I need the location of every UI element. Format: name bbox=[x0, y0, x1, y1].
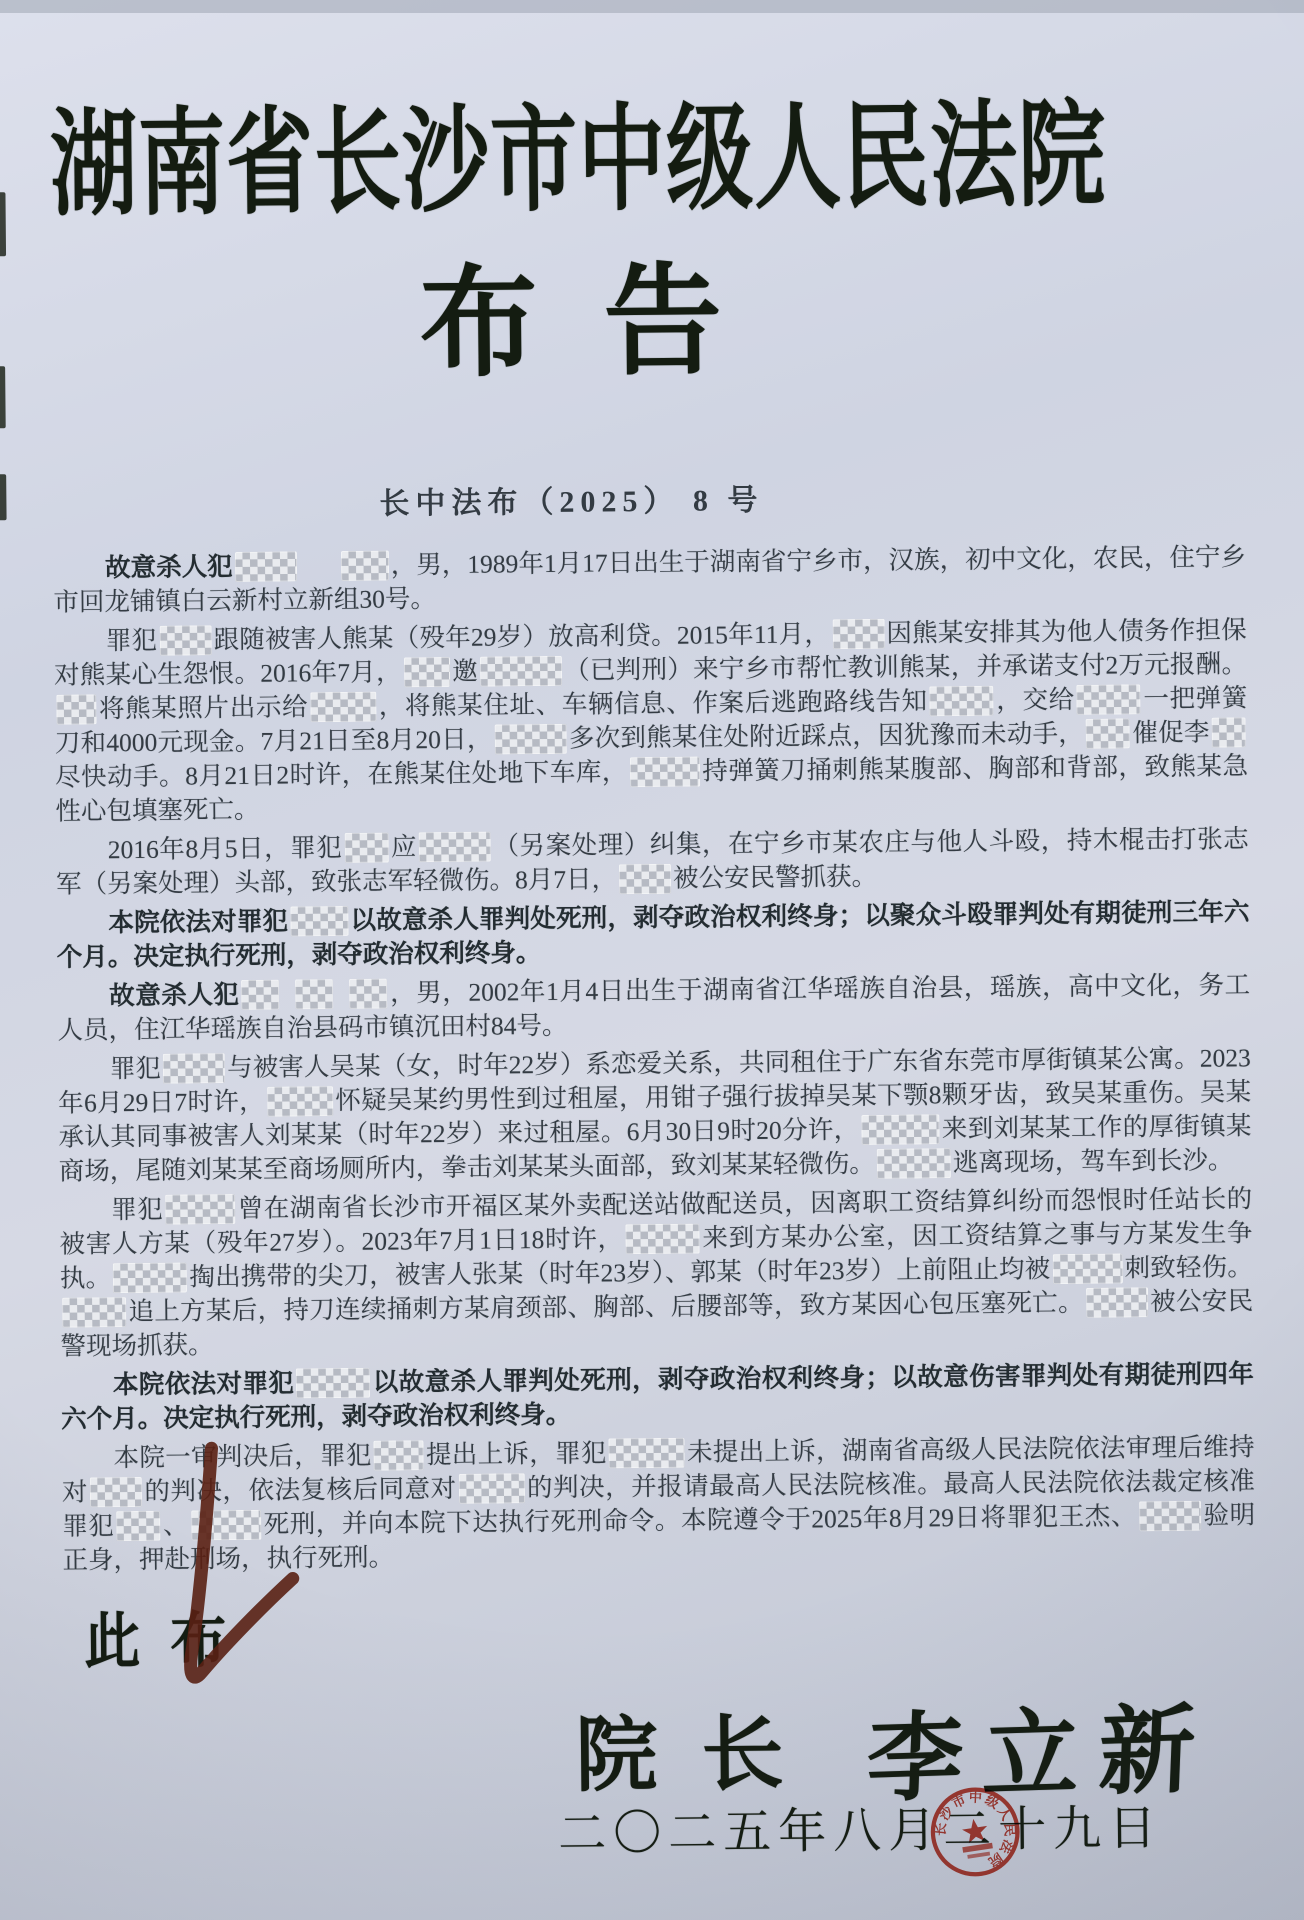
censored-name-mosaic bbox=[419, 832, 491, 863]
censored-name-mosaic bbox=[619, 864, 671, 894]
censored-name-mosaic bbox=[1086, 1287, 1148, 1318]
censored-name-mosaic bbox=[832, 619, 884, 649]
signer-role: 院长 bbox=[575, 1708, 828, 1801]
paragraph: 罪犯跟随被害人熊某（殁年29岁）放高利贷。2015年11月，因熊某安排其为他人债… bbox=[54, 613, 1249, 828]
text-run: 本院依法对罪犯 bbox=[113, 1368, 295, 1399]
censored-name-mosaic bbox=[296, 1368, 370, 1399]
censored-name-mosaic bbox=[290, 906, 348, 937]
photo-edge-artifact bbox=[0, 192, 6, 256]
censored-name-mosaic bbox=[1086, 718, 1130, 748]
censored-name-mosaic bbox=[630, 757, 700, 788]
text-run: 故意杀人犯 bbox=[109, 980, 240, 1010]
censored-name-mosaic bbox=[56, 694, 96, 724]
text-run: 死刑，并向本院下达执行死刑命令。本院遵令于2025年8月29日将罪犯王杰、 bbox=[263, 1501, 1137, 1538]
text-run: 罪犯 bbox=[111, 1195, 163, 1224]
censored-name-mosaic bbox=[267, 1086, 333, 1117]
censored-name-mosaic bbox=[609, 1438, 685, 1469]
censored-name-mosaic bbox=[1212, 717, 1246, 747]
text-run: 罪犯 bbox=[106, 626, 158, 655]
paragraph: 本院依法对罪犯以故意杀人罪判处死刑，剥夺政治权利终身；以故意伤害罪判处有期徒刑四… bbox=[61, 1357, 1255, 1436]
paragraph: 本院依法对罪犯以故意杀人罪判处死刑，剥夺政治权利终身；以聚众斗殴罪判处有期徒刑三… bbox=[56, 895, 1250, 974]
text-run: 故意杀人犯 bbox=[105, 552, 233, 582]
text-run: 本院依法对罪犯 bbox=[108, 906, 288, 937]
censored-name-mosaic bbox=[344, 833, 388, 863]
censored-name-mosaic bbox=[1077, 684, 1141, 715]
censored-name-mosaic bbox=[310, 692, 376, 723]
text-run: 跟随被害人熊某（殁年29岁）放高利贷。2015年11月， bbox=[213, 619, 830, 654]
censored-name-mosaic bbox=[90, 1477, 142, 1507]
document-number: 长中法布（2025） 8 号 bbox=[0, 471, 1146, 526]
court-name-title: 湖南省长沙市中级人民法院 bbox=[49, 62, 1107, 238]
censored-name-mosaic bbox=[163, 1053, 225, 1084]
paragraph: 罪犯与被害人吴某（女，时年22岁）系恋爱关系，共同租住于广东省东莞市厚街镇某公寓… bbox=[58, 1041, 1252, 1188]
seal-star-icon bbox=[961, 1817, 990, 1844]
paragraph: 本院一审判决后，罪犯提出上诉，罪犯未提出上诉，湖南省高级人民法院依法审理后维持对… bbox=[61, 1430, 1255, 1577]
censored-name-mosaic bbox=[295, 979, 333, 1009]
text-run: 、 bbox=[162, 1510, 189, 1539]
paragraph: 罪犯曾在湖南省长沙市开福区某外卖配送站做配送员，因离职工资结算纠纷而怨恨时任站长… bbox=[59, 1182, 1254, 1363]
text-run: 罪犯 bbox=[110, 1054, 161, 1083]
censored-name-mosaic bbox=[241, 980, 279, 1010]
censored-name-mosaic bbox=[861, 1114, 939, 1145]
censored-name-mosaic bbox=[930, 686, 994, 717]
court-seal-stamp: 长沙市中级人民法院 bbox=[922, 1778, 1029, 1885]
notice-body: 故意杀人犯，男，1989年1月17日出生于湖南省宁乡市，汉族，初中文化，农民，住… bbox=[53, 540, 1256, 1582]
photo-top-edge bbox=[0, 0, 1304, 13]
text-run: ，将熊某住址、车辆信息、作案后逃跑路线告知 bbox=[378, 686, 928, 720]
censored-name-mosaic bbox=[404, 657, 450, 687]
censored-name-mosaic bbox=[495, 724, 567, 755]
text-run: 多次到熊某住处附近踩点，因犹豫而未动手， bbox=[569, 719, 1085, 753]
photo-edge-artifact bbox=[0, 474, 7, 520]
text-run: 将熊某照片出示给 bbox=[98, 692, 308, 723]
photo-edge-artifact bbox=[0, 366, 6, 428]
text-run: 2016年8月5日，罪犯 bbox=[108, 833, 343, 864]
issue-date: 二〇二五年八月二十九日 bbox=[558, 1789, 1164, 1864]
censored-name-mosaic bbox=[480, 656, 562, 687]
paragraph: 故意杀人犯，男，2002年1月4日出生于湖南省江华瑶族自治县，瑶族，高中文化，务… bbox=[57, 968, 1251, 1047]
text-run: 邀 bbox=[452, 657, 478, 686]
censored-name-mosaic bbox=[349, 979, 387, 1009]
text-run: 追上方某后，持刀连续捅刺方某肩颈部、胸部、后腰部等，致方某因心包压塞死亡。 bbox=[128, 1288, 1084, 1326]
text-run: 刺致轻伤。 bbox=[1124, 1252, 1253, 1282]
censored-name-mosaic bbox=[235, 551, 297, 582]
mosaic-gap bbox=[282, 1001, 294, 1002]
censored-name-mosaic bbox=[626, 1224, 700, 1255]
text-run: 应 bbox=[390, 832, 417, 861]
censored-name-mosaic bbox=[116, 1511, 160, 1541]
text-run: （已判刑）来宁乡市帮忙教训熊某，并承诺支付2万元报酬。 bbox=[564, 649, 1247, 685]
text-run: 的判决，依法复核后同意对 bbox=[144, 1474, 457, 1506]
mosaic-gap bbox=[336, 1001, 348, 1002]
censored-name-mosaic bbox=[62, 1297, 126, 1328]
closing-phrase: 此布 bbox=[84, 1593, 257, 1681]
censored-name-mosaic bbox=[159, 625, 211, 655]
text-run: 提出上诉，罪犯 bbox=[426, 1438, 607, 1469]
notice-sheet: 湖南省长沙市中级人民法院 布告 长中法布（2025） 8 号 故意杀人犯，男，1… bbox=[0, 0, 1304, 1920]
censored-name-mosaic bbox=[877, 1148, 951, 1179]
text-run: 尽快动手。8月21日2时许，在熊某住处地下车库， bbox=[55, 757, 628, 791]
censored-name-mosaic bbox=[1052, 1254, 1122, 1285]
censored-name-mosaic bbox=[191, 1510, 261, 1541]
text-run: 逃离现场，驾车到长沙。 bbox=[953, 1145, 1234, 1177]
text-run: 掏出携带的尖刀，被害人张某（时年23岁）、郭某（时年23岁）上前阻止均被 bbox=[189, 1254, 1050, 1291]
text-run: 本院一审判决后，罪犯 bbox=[113, 1441, 371, 1472]
paragraph: 故意杀人犯，男，1989年1月17日出生于湖南省宁乡市，汉族，初中文化，农民，住… bbox=[53, 540, 1247, 619]
censored-name-mosaic bbox=[458, 1473, 524, 1504]
censored-name-mosaic bbox=[165, 1194, 235, 1225]
paragraph: 2016年8月5日，罪犯应（另案处理）纠集，在宁乡市某农庄与他人斗殴，持木棍击打… bbox=[56, 822, 1250, 901]
censored-name-mosaic bbox=[1139, 1501, 1201, 1532]
mosaic-gap bbox=[299, 573, 339, 574]
censored-name-mosaic bbox=[374, 1440, 424, 1470]
text-run: ，交给 bbox=[996, 685, 1075, 715]
censored-name-mosaic bbox=[113, 1262, 187, 1293]
censored-name-mosaic bbox=[341, 551, 389, 581]
text-run: 被公安民警抓获。 bbox=[673, 862, 877, 893]
text-run: 催促李 bbox=[1132, 718, 1210, 748]
notice-title: 布告 bbox=[0, 220, 1146, 404]
